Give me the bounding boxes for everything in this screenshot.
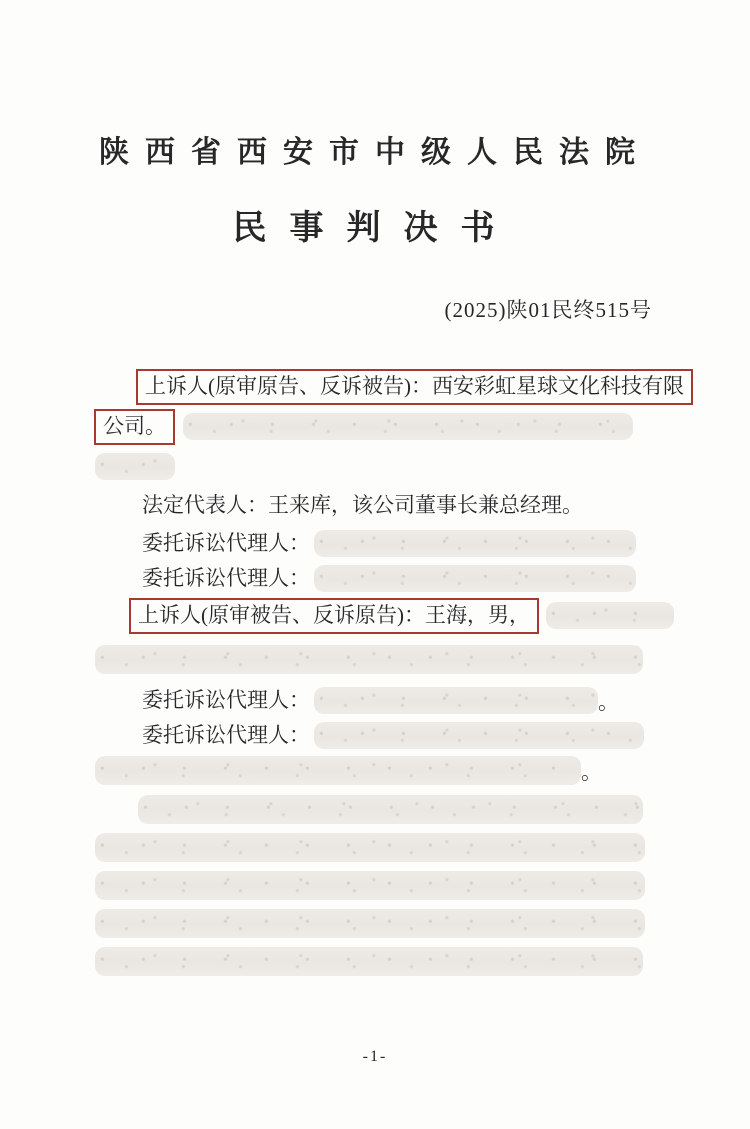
redacted-personal-info <box>546 602 674 629</box>
redacted-address-continuation-row <box>100 451 656 482</box>
agent-row-1: 委托诉讼代理人： <box>100 528 698 559</box>
redacted-text <box>95 947 643 976</box>
judgment-document-page: 陕西省西安市中级人民法院 民事判决书 (2025)陕01民终515号 上诉人(原… <box>0 0 750 1129</box>
redacted-text <box>95 756 581 785</box>
redacted-company-address <box>183 413 633 440</box>
agent-label: 委托诉讼代理人： <box>142 723 310 747</box>
redacted-text <box>95 909 645 938</box>
redacted-text <box>95 871 645 900</box>
redacted-paragraph-line <box>100 908 656 940</box>
case-number: (2025)陕01民终515号 <box>0 294 750 324</box>
appellant-company-highlight-box-line1: 上诉人(原审原告、反诉被告)：西安彩虹星球文化科技有限 <box>136 369 693 405</box>
page-number: -1- <box>0 1048 750 1066</box>
appellant-company-row-1: 上诉人(原审原告、反诉被告)：西安彩虹星球文化科技有限 <box>100 369 656 405</box>
redacted-paragraph-line <box>100 946 656 978</box>
redacted-agent-name <box>314 722 644 749</box>
period-mark: 。 <box>581 760 602 784</box>
redacted-row <box>100 644 656 676</box>
redacted-text <box>95 833 645 862</box>
document-type-title: 民事判决书 <box>0 200 750 249</box>
redacted-text <box>138 795 643 824</box>
agent-label: 委托诉讼代理人： <box>142 531 310 555</box>
appellant-individual-highlight-box: 上诉人(原审被告、反诉原告)：王海，男， <box>129 598 539 634</box>
redacted-agent-name <box>314 565 636 592</box>
redacted-text <box>95 645 643 674</box>
appellant-company-row-2: 公司。 <box>100 409 656 445</box>
agent-row-2: 委托诉讼代理人： <box>100 563 698 594</box>
redacted-agent-name <box>314 530 636 557</box>
redacted-agent-name <box>314 687 598 714</box>
agent-label: 委托诉讼代理人： <box>142 566 310 590</box>
redacted-paragraph-line <box>100 832 656 864</box>
appellant-company-highlight-box-line2: 公司。 <box>94 409 175 445</box>
period-mark: 。 <box>598 690 619 714</box>
agent-row-3: 委托诉讼代理人：。 <box>100 685 698 717</box>
legal-representative-text: 法定代表人：王来库，该公司董事长兼总经理。 <box>142 493 583 517</box>
redacted-paragraph-line <box>100 870 656 902</box>
redacted-row: 。 <box>100 755 656 787</box>
redacted-text <box>95 453 175 480</box>
court-name: 陕西省西安市中级人民法院 <box>0 127 750 171</box>
redacted-paragraph-line <box>100 794 656 826</box>
appellant-individual-row: 上诉人(原审被告、反诉原告)：王海，男， <box>100 598 656 634</box>
legal-representative-row: 法定代表人：王来库，该公司董事长兼总经理。 <box>100 490 698 520</box>
agent-row-4: 委托诉讼代理人： <box>100 720 698 751</box>
agent-label: 委托诉讼代理人： <box>142 688 310 712</box>
